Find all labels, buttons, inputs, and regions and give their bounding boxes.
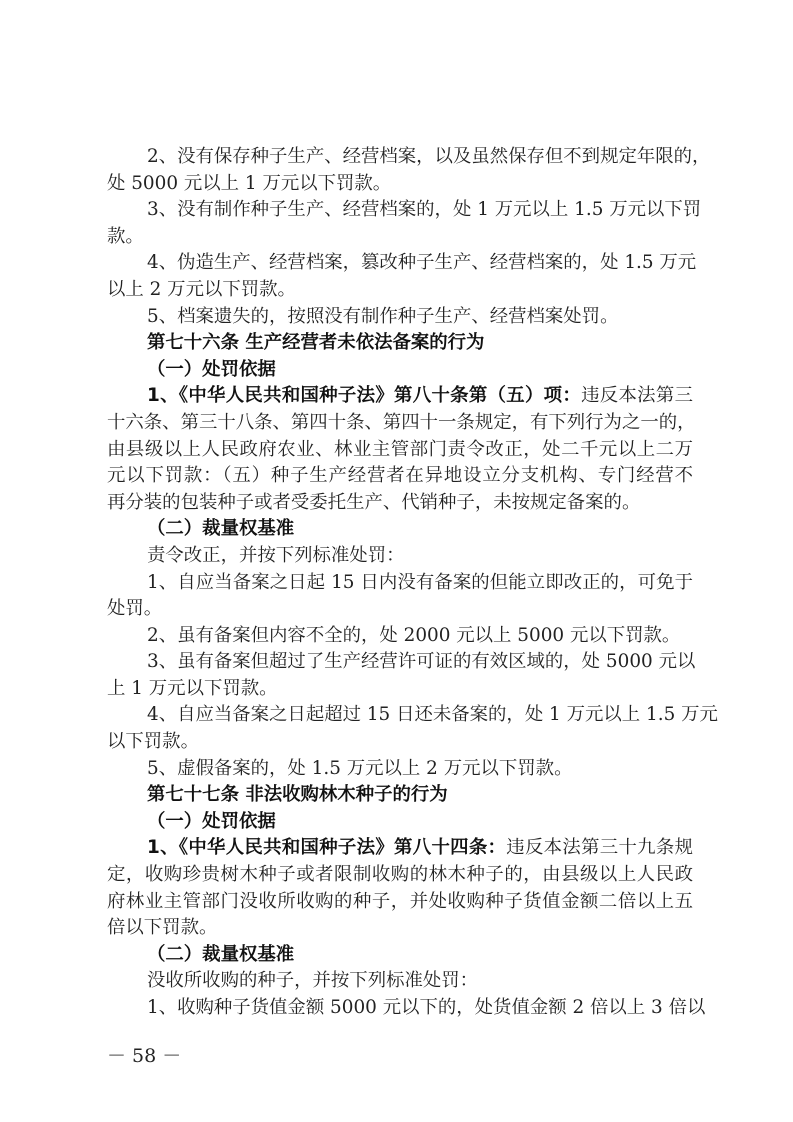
legal-citation: 1、《中华人民共和国种子法》第八十四条：: [147, 837, 506, 858]
paragraph: 5、档案遗失的，按照没有制作种子生产、经营档案处罚。: [107, 304, 693, 331]
line-text: 3、没有制作种子生产、经营档案的，处 1 万元以上 1.5 万元以下罚: [147, 199, 701, 220]
line-text: （一）处罚依据: [147, 359, 276, 380]
section-heading: （二）裁量权基准: [107, 516, 693, 543]
text-line: 府林业主管部门没收所收购的种子，并处收购种子货值金额二倍以上五: [107, 889, 693, 916]
line-text: 4、伪造生产、经营档案，篡改种子生产、经营档案的，处 1.5 万元: [147, 252, 696, 273]
line-text: 款。: [107, 226, 144, 247]
text-line: 1、《中华人民共和国种子法》第八十条第（五）项：违反本法第三: [107, 383, 693, 410]
line-text: （二）裁量权基准: [147, 944, 294, 965]
document-page: 2、没有保存种子生产、经营档案，以及虽然保存但不到规定年限的，处 5000 元以…: [0, 0, 793, 1122]
text-line: 4、自应当备案之日起超过 15 日还未备案的，处 1 万元以上 1.5 万元: [107, 702, 693, 729]
line-text: 4、自应当备案之日起超过 15 日还未备案的，处 1 万元以上 1.5 万元: [147, 704, 718, 725]
section-heading: （一）处罚依据: [107, 809, 693, 836]
line-text: 元以下罚款：（五）种子生产经营者在异地设立分支机构、专门经营不: [107, 465, 693, 486]
line-text: 责令改正，并按下列标准处罚：: [147, 545, 404, 566]
line-text: 上 1 万元以下罚款。: [107, 678, 278, 699]
text-line: 上 1 万元以下罚款。: [107, 676, 693, 703]
line-text: 处罚。: [107, 598, 162, 619]
text-line: 第七十六条 生产经营者未依法备案的行为: [107, 330, 693, 357]
section-heading: 第七十六条 生产经营者未依法备案的行为: [107, 330, 693, 357]
text-line: （二）裁量权基准: [107, 942, 693, 969]
paragraph: 没收所收购的种子，并按下列标准处罚：: [107, 968, 693, 995]
text-line: 定，收购珍贵树木种子或者限制收购的林木种子的，由县级以上人民政: [107, 862, 693, 889]
line-text: 1、自应当备案之日起 15 日内没有备案的但能立即改正的，可免于: [147, 572, 693, 593]
text-line: 1、收购种子货值金额 5000 元以下的，处货值金额 2 倍以上 3 倍以: [107, 995, 693, 1022]
text-line: （一）处罚依据: [107, 357, 693, 384]
line-text: 第七十六条 生产经营者未依法备案的行为: [147, 332, 484, 353]
paragraph: 1、收购种子货值金额 5000 元以下的，处货值金额 2 倍以上 3 倍以: [107, 995, 693, 1022]
page-number: － 58 －: [107, 1041, 181, 1068]
text-line: 处 5000 元以上 1 万元以下罚款。: [107, 171, 693, 198]
paragraph: 1、自应当备案之日起 15 日内没有备案的但能立即改正的，可免于处罚。: [107, 570, 693, 623]
line-text: 以上 2 万元以下罚款。: [107, 279, 296, 300]
line-text: 倍以下罚款。: [107, 917, 217, 938]
text-line: （一）处罚依据: [107, 809, 693, 836]
paragraph: 1、《中华人民共和国种子法》第八十条第（五）项：违反本法第三十六条、第三十八条、…: [107, 383, 693, 516]
line-text: 由县级以上人民政府农业、林业主管部门责令改正，处二千元以上二万: [107, 439, 693, 460]
line-text: 第七十七条 非法收购林木种子的行为: [147, 784, 448, 805]
line-text: 没收所收购的种子，并按下列标准处罚：: [147, 970, 478, 991]
text-line: （二）裁量权基准: [107, 516, 693, 543]
paragraph: 4、伪造生产、经营档案，篡改种子生产、经营档案的，处 1.5 万元以上 2 万元…: [107, 250, 693, 303]
document-body: 2、没有保存种子生产、经营档案，以及虽然保存但不到规定年限的，处 5000 元以…: [107, 144, 693, 1022]
text-line: 处罚。: [107, 596, 693, 623]
line-text: 以下罚款。: [107, 731, 199, 752]
text-line: 款。: [107, 224, 693, 251]
text-line: 由县级以上人民政府农业、林业主管部门责令改正，处二千元以上二万: [107, 437, 693, 464]
line-text: 违反本法第三十九条规: [506, 837, 693, 858]
line-text: 定，收购珍贵树木种子或者限制收购的林木种子的，由县级以上人民政: [107, 864, 693, 885]
line-text: 3、虽有备案但超过了生产经营许可证的有效区域的，处 5000 元以: [147, 651, 695, 672]
text-line: 5、档案遗失的，按照没有制作种子生产、经营档案处罚。: [107, 304, 693, 331]
line-text: 5、虚假备案的，处 1.5 万元以上 2 万元以下罚款。: [147, 758, 572, 779]
legal-citation: 1、《中华人民共和国种子法》第八十条第（五）项：: [147, 385, 581, 406]
text-line: 2、虽有备案但内容不全的，处 2000 元以上 5000 元以下罚款。: [107, 623, 693, 650]
line-text: 府林业主管部门没收所收购的种子，并处收购种子货值金额二倍以上五: [107, 891, 693, 912]
text-line: 3、没有制作种子生产、经营档案的，处 1 万元以上 1.5 万元以下罚: [107, 197, 693, 224]
text-line: 没收所收购的种子，并按下列标准处罚：: [107, 968, 693, 995]
text-line: 3、虽有备案但超过了生产经营许可证的有效区域的，处 5000 元以: [107, 649, 693, 676]
line-text: 处 5000 元以上 1 万元以下罚款。: [107, 173, 391, 194]
text-line: 1、自应当备案之日起 15 日内没有备案的但能立即改正的，可免于: [107, 570, 693, 597]
text-line: 责令改正，并按下列标准处罚：: [107, 543, 693, 570]
text-line: 5、虚假备案的，处 1.5 万元以上 2 万元以下罚款。: [107, 756, 693, 783]
paragraph: 责令改正，并按下列标准处罚：: [107, 543, 693, 570]
line-text: 2、没有保存种子生产、经营档案，以及虽然保存但不到规定年限的，: [147, 146, 710, 167]
text-line: 2、没有保存种子生产、经营档案，以及虽然保存但不到规定年限的，: [107, 144, 693, 171]
line-text: （一）处罚依据: [147, 811, 276, 832]
section-heading: 第七十七条 非法收购林木种子的行为: [107, 782, 693, 809]
paragraph: 3、虽有备案但超过了生产经营许可证的有效区域的，处 5000 元以上 1 万元以…: [107, 649, 693, 702]
text-line: 以上 2 万元以下罚款。: [107, 277, 693, 304]
paragraph: 4、自应当备案之日起超过 15 日还未备案的，处 1 万元以上 1.5 万元以下…: [107, 702, 693, 755]
line-text: 违反本法第三: [581, 385, 693, 406]
text-line: 十六条、第三十八条、第四十条、第四十一条规定，有下列行为之一的，: [107, 410, 693, 437]
text-line: 倍以下罚款。: [107, 915, 693, 942]
paragraph: 1、《中华人民共和国种子法》第八十四条：违反本法第三十九条规定，收购珍贵树木种子…: [107, 835, 693, 941]
line-text: （二）裁量权基准: [147, 518, 294, 539]
text-line: 元以下罚款：（五）种子生产经营者在异地设立分支机构、专门经营不: [107, 463, 693, 490]
text-line: 1、《中华人民共和国种子法》第八十四条：违反本法第三十九条规: [107, 835, 693, 862]
paragraph: 2、没有保存种子生产、经营档案，以及虽然保存但不到规定年限的，处 5000 元以…: [107, 144, 693, 197]
paragraph: 5、虚假备案的，处 1.5 万元以上 2 万元以下罚款。: [107, 756, 693, 783]
line-text: 十六条、第三十八条、第四十条、第四十一条规定，有下列行为之一的，: [107, 412, 696, 433]
line-text: 5、档案遗失的，按照没有制作种子生产、经营档案处罚。: [147, 306, 618, 327]
line-text: 1、收购种子货值金额 5000 元以下的，处货值金额 2 倍以上 3 倍以: [147, 997, 705, 1018]
paragraph: 3、没有制作种子生产、经营档案的，处 1 万元以上 1.5 万元以下罚款。: [107, 197, 693, 250]
paragraph: 2、虽有备案但内容不全的，处 2000 元以上 5000 元以下罚款。: [107, 623, 693, 650]
text-line: 4、伪造生产、经营档案，篡改种子生产、经营档案的，处 1.5 万元: [107, 250, 693, 277]
text-line: 第七十七条 非法收购林木种子的行为: [107, 782, 693, 809]
section-heading: （二）裁量权基准: [107, 942, 693, 969]
section-heading: （一）处罚依据: [107, 357, 693, 384]
line-text: 2、虽有备案但内容不全的，处 2000 元以上 5000 元以下罚款。: [147, 625, 680, 646]
line-text: 再分装的包装种子或者受委托生产、代销种子，未按规定备案的。: [107, 492, 640, 513]
text-line: 以下罚款。: [107, 729, 693, 756]
text-line: 再分装的包装种子或者受委托生产、代销种子，未按规定备案的。: [107, 490, 693, 517]
